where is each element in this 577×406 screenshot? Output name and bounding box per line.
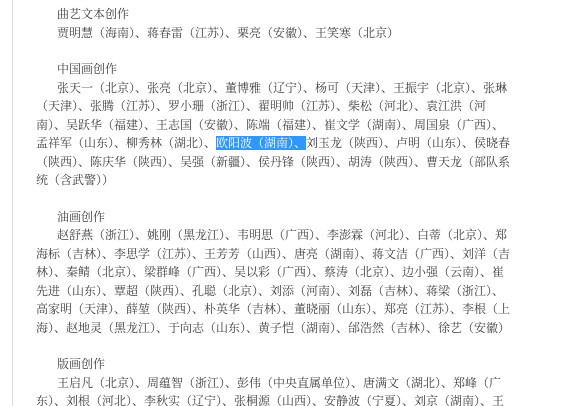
section-title: 油画创作 — [36, 208, 556, 227]
name-list-text: 张天一（北京）、张亮（北京）、董博雅（辽宁）、杨可（天津）、王振宇（北京）、张琳 — [57, 81, 507, 95]
text-line: 海）、赵地灵（黑龙江）、于向志（山东）、黄子恺（湖南）、邰浩然（吉林）、徐艺（安… — [36, 319, 556, 338]
text-line: 贾明慧（海南）、蒋春雷（江苏）、栗亮（安徽）、王笑寒（北京） — [36, 24, 556, 43]
text-line: 王启凡（北京）、周蕴智（浙江）、彭伟（中央直属单位）、唐满文（湖北）、郑峰（广 — [36, 374, 556, 393]
text-line: 张天一（北京）、张亮（北京）、董博雅（辽宁）、杨可（天津）、王振宇（北京）、张琳 — [36, 79, 556, 98]
name-list-text: 高家明（天津）、薛堃（陕西）、朴英华（吉林）、董晓丽（山东）、郑亮（江苏）、李根… — [36, 302, 510, 316]
section: 中国画创作张天一（北京）、张亮（北京）、董博雅（辽宁）、杨可（天津）、王振宇（北… — [36, 60, 556, 190]
document-page: 曲艺文本创作贾明慧（海南）、蒋春雷（江苏）、栗亮（安徽）、王笑寒（北京）中国画创… — [0, 0, 577, 406]
document-body: 曲艺文本创作贾明慧（海南）、蒋春雷（江苏）、栗亮（安徽）、王笑寒（北京）中国画创… — [36, 5, 556, 406]
text-line: 南）、吴跃华（福建）、王志国（安徽）、陈端（福建）、崔文学（湖南）、周国泉（广西… — [36, 116, 556, 135]
text-line: 林）、秦鲭（北京）、梁群峰（广西）、吴以彩（广西）、蔡涛（北京）、边小强（云南）… — [36, 263, 556, 282]
name-list-text: 海）、赵地灵（黑龙江）、于向志（山东）、黄子恺（湖南）、邰浩然（吉林）、徐艺（安… — [36, 321, 510, 335]
name-list-text: 刘玉龙（陕西）、卢明（山东）、侯晓春 — [306, 136, 510, 150]
text-line: 高家明（天津）、薛堃（陕西）、朴英华（吉林）、董晓丽（山东）、郑亮（江苏）、李根… — [36, 300, 556, 319]
text-line: （陕西）、陈庆华（陕西）、吴强（新疆）、侯丹锋（陕西）、胡涛（陕西）、曹天龙（部… — [36, 153, 556, 172]
text-line: 赵舒燕（浙江）、姚刚（黑龙江）、韦明思（广西）、李澎霖（河北）、白蒂（北京）、郑 — [36, 226, 556, 245]
name-list-text: 统（含武警）） — [36, 173, 114, 187]
section-title: 中国画创作 — [36, 60, 556, 79]
section-title: 版画创作 — [36, 355, 556, 374]
section: 曲艺文本创作贾明慧（海南）、蒋春雷（江苏）、栗亮（安徽）、王笑寒（北京） — [36, 5, 556, 42]
name-list-text: 孟祥军（山东）、柳秀林（湖北）、 — [36, 136, 216, 150]
name-list-text: （陕西）、陈庆华（陕西）、吴强（新疆）、侯丹锋（陕西）、胡涛（陕西）、曹天龙（部… — [36, 155, 510, 169]
text-line: 先进（山东）、覃超（陕西）、孔聪（北京）、刘添（河南）、刘磊（吉林）、蒋梁（浙江… — [36, 282, 556, 301]
selected-text: 欧阳波（湖南）、 — [216, 136, 306, 150]
name-list-text: 王启凡（北京）、周蕴智（浙江）、彭伟（中央直属单位）、唐满文（湖北）、郑峰（广 — [57, 376, 501, 390]
section-title: 曲艺文本创作 — [36, 5, 556, 24]
name-list-text: 南）、吴跃华（福建）、王志国（安徽）、陈端（福建）、崔文学（湖南）、周国泉（广西… — [36, 118, 504, 132]
name-list-text: （天津）、张腾（江苏）、罗小珊（浙江）、翟明帅（江苏）、柴松（河北）、袁江洪（河 — [36, 99, 486, 113]
text-line: （天津）、张腾（江苏）、罗小珊（浙江）、翟明帅（江苏）、柴松（河北）、袁江洪（河 — [36, 97, 556, 116]
text-line: 统（含武警）） — [36, 171, 556, 190]
text-line: 东）、刘根（河北）、李秋实（辽宁）、张桐源（山西）、安静波（宁夏）、刘京（湖南）… — [36, 392, 556, 406]
section: 油画创作赵舒燕（浙江）、姚刚（黑龙江）、韦明思（广西）、李澎霖（河北）、白蒂（北… — [36, 208, 556, 338]
name-list-text: 赵舒燕（浙江）、姚刚（黑龙江）、韦明思（广西）、李澎霖（河北）、白蒂（北京）、郑 — [57, 228, 507, 242]
name-list-text: 先进（山东）、覃超（陕西）、孔聪（北京）、刘添（河南）、刘磊（吉林）、蒋梁（浙江… — [36, 284, 504, 298]
text-line: 孟祥军（山东）、柳秀林（湖北）、欧阳波（湖南）、刘玉龙（陕西）、卢明（山东）、侯… — [36, 134, 556, 153]
section: 版画创作王启凡（北京）、周蕴智（浙江）、彭伟（中央直属单位）、唐满文（湖北）、郑… — [36, 355, 556, 406]
name-list-text: 林）、秦鲭（北京）、梁群峰（广西）、吴以彩（广西）、蔡涛（北京）、边小强（云南）… — [36, 265, 504, 279]
page-left-border — [12, 0, 13, 406]
text-line: 海标（吉林）、李思学（江苏）、王芳芳（山西）、唐亮（湖南）、蒋文洁（广西）、刘洋… — [36, 245, 556, 264]
name-list-text: 贾明慧（海南）、蒋春雷（江苏）、栗亮（安徽）、王笑寒（北京） — [57, 26, 399, 40]
name-list-text: 海标（吉林）、李思学（江苏）、王芳芳（山西）、唐亮（湖南）、蒋文洁（广西）、刘洋… — [36, 247, 510, 261]
name-list-text: 东）、刘根（河北）、李秋实（辽宁）、张桐源（山西）、安静波（宁夏）、刘京（湖南）… — [36, 394, 504, 406]
